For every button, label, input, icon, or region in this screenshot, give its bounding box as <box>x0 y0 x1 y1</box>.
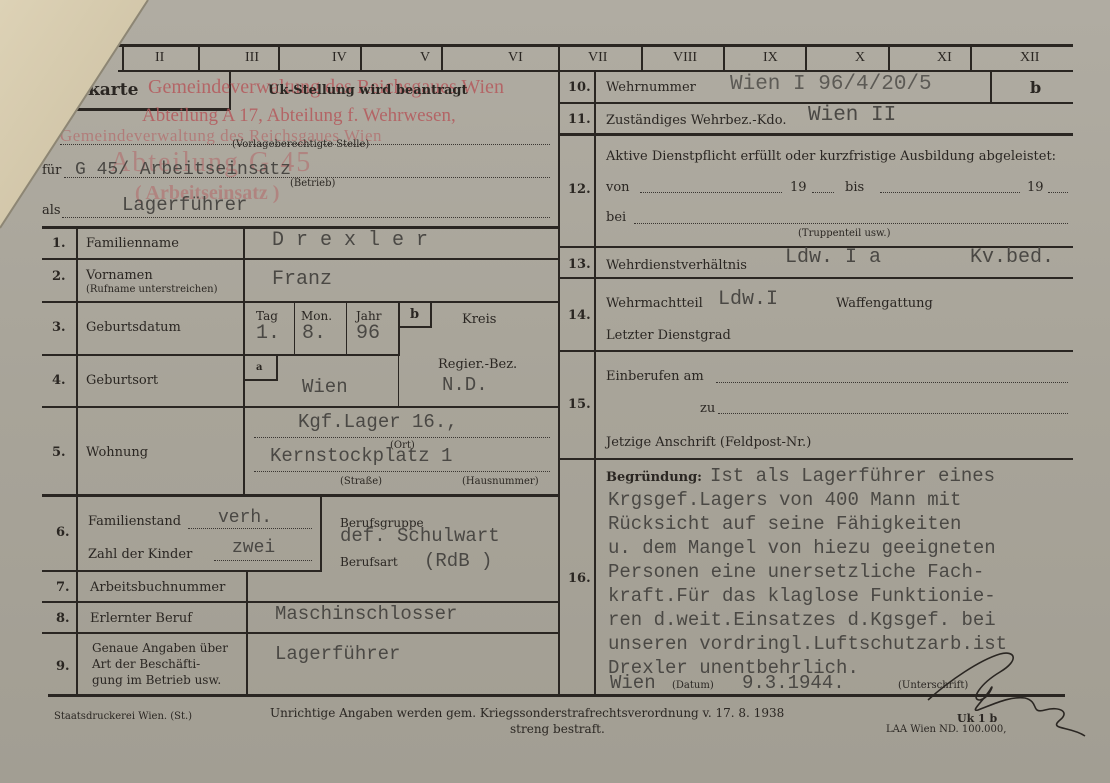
erlernter-beruf-label: Erlernter Beruf <box>90 611 192 626</box>
roman-col-8: VIII <box>673 50 697 66</box>
roman-col-12: XII <box>1020 50 1039 66</box>
wehrdienstverhaeltnis-value: Ldw. I a <box>785 246 881 269</box>
uk-notice: Uk-Stellung wird beantragt <box>268 83 467 98</box>
mon-value: 8. <box>302 322 326 345</box>
vornamen-value: Franz <box>272 268 332 291</box>
strasse-value: Kernstockplatz 1 <box>270 445 452 467</box>
kinder-value: zwei <box>232 538 275 558</box>
berufsgruppe-value: def. Schulwart <box>340 525 500 547</box>
arbeitsbuchnummer-label: Arbeitsbuchnummer <box>90 580 225 595</box>
stamp-line-2: Abteilung A 17, Abteilung f. Wehrwesen, <box>142 105 456 127</box>
date-value: 9.3.1944. <box>742 672 845 694</box>
roman-col-3: III <box>245 50 259 66</box>
geburtsort-label: Geburtsort <box>86 373 158 388</box>
wehrnummer-value: Wien I 96/4/20/5 <box>730 73 932 96</box>
aktive-dienstpflicht-heading: Aktive Dienstpflicht erfüllt oder kurzfr… <box>606 149 1056 164</box>
card-title: karte <box>88 80 138 100</box>
printer-imprint: Staatsdruckerei Wien. (St.) <box>54 711 192 722</box>
wohnung-label: Wohnung <box>86 445 148 460</box>
roman-col-7: VII <box>588 50 607 66</box>
uk-card: II III IV V VI VII VIII IX X XI XII kart… <box>0 0 1110 783</box>
dienstgrad-label: Letzter Dienstgrad <box>606 328 731 343</box>
roman-col-11: XI <box>937 50 952 66</box>
ort-value: Kgf.Lager 16., <box>298 411 458 433</box>
familienstand-label: Familienstand <box>88 514 181 529</box>
top-rule <box>118 44 1073 47</box>
familienname-label: Familienname <box>86 236 179 251</box>
fuer-label: für <box>42 163 61 178</box>
berufsart-label: Berufsart <box>340 555 398 569</box>
print-run: LAA Wien ND. 100.000, <box>886 724 1006 735</box>
bottom-rule <box>48 694 1065 697</box>
vornamen-label: Vornamen <box>86 268 153 283</box>
geburtsdatum-label: Geburtsdatum <box>86 320 181 335</box>
kinder-label: Zahl der Kinder <box>88 547 192 562</box>
wehrnummer-label: Wehrnummer <box>606 80 696 95</box>
fuer-value: G 45/ Arbeitseinsatz <box>75 160 291 180</box>
familienstand-value: verh. <box>218 508 272 528</box>
warning-line-2: streng bestraft. <box>510 722 605 736</box>
roman-col-2: II <box>155 50 164 66</box>
beschaeftigung-value: Lagerführer <box>275 643 400 665</box>
zu-label: zu <box>700 401 715 416</box>
kreis-label: Kreis <box>462 312 496 327</box>
warning-line-1: Unrichtige Angaben werden gem. Kriegsson… <box>270 706 784 720</box>
regbez-label: Regier.-Bez. <box>438 357 517 372</box>
wehrbez-label: Zuständiges Wehrbez.-Kdo. <box>606 113 786 128</box>
geburtsort-value: Wien <box>302 376 348 398</box>
roman-col-5: V <box>420 50 430 66</box>
vornamen-sublabel: (Rufname unterstreichen) <box>86 284 218 295</box>
einberufen-label: Einberufen am <box>606 369 704 384</box>
roman-col-4: IV <box>332 50 347 66</box>
tag-value: 1. <box>256 322 280 345</box>
jahr-value: 96 <box>356 322 380 345</box>
betrieb-caption: (Betrieb) <box>290 178 335 189</box>
als-label: als <box>42 203 61 218</box>
wehrmachtteil-value: Ldw.I <box>718 288 778 311</box>
wehrdienstverhaeltnis-value-2: Kv.bed. <box>970 246 1054 269</box>
berufsart-value: (RdB ) <box>424 550 492 572</box>
wehrmachtteil-label: Wehrmachtteil <box>606 296 703 311</box>
anschrift-label: Jetzige Anschrift (Feldpost-Nr.) <box>606 435 811 450</box>
roman-col-6: VI <box>508 50 523 66</box>
regbez-value: N.D. <box>442 374 488 396</box>
roman-col-9: IX <box>763 50 778 66</box>
familienname-value: D r e x l e r <box>272 229 428 252</box>
als-value: Lagerführer <box>122 194 247 216</box>
erlernter-beruf-value: Maschinschlosser <box>275 603 457 625</box>
waffengattung-label: Waffengattung <box>836 296 933 311</box>
roman-col-10: X <box>855 50 865 66</box>
wehrbez-value: Wien II <box>808 104 896 127</box>
place-value: Wien <box>610 672 656 694</box>
wehrdienstverhaeltnis-label: Wehrdienstverhältnis <box>606 258 747 273</box>
